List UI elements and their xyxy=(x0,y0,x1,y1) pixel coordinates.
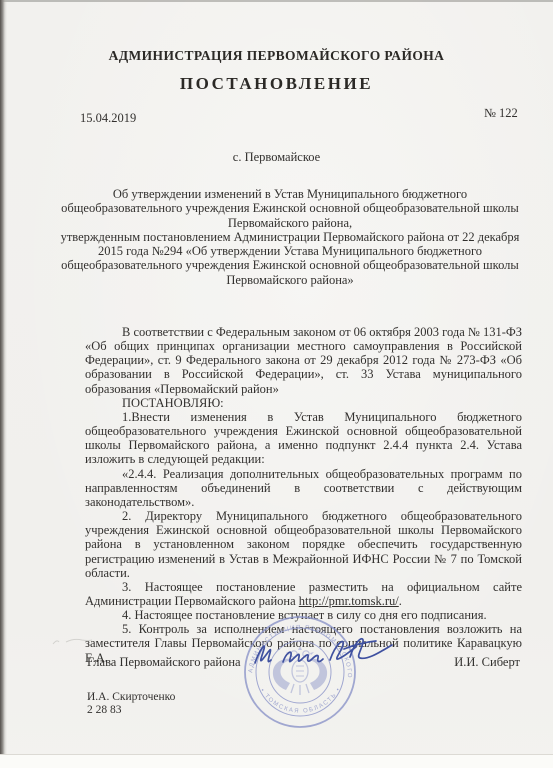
title-line: Первомайского района, xyxy=(57,216,523,230)
executor-phone: 2 28 83 xyxy=(87,704,175,717)
title-line: утвержденным постановлением Администраци… xyxy=(57,230,523,244)
resolve-heading: ПОСТАНОВЛЯЮ: xyxy=(85,396,522,410)
title-line: Первомайского района» xyxy=(57,273,523,287)
signatory-name: И.И. Сиберт xyxy=(454,655,520,670)
signature-position-label: Глава Первомайского района xyxy=(87,655,241,670)
document-date: 15.04.2019 xyxy=(80,111,136,126)
clause-2-paragraph: 2. Директору Муниципального бюджетного о… xyxy=(85,509,522,580)
document-title: Об утверждении изменений в Устав Муницип… xyxy=(57,187,523,287)
title-line: общеобразовательного учреждения Ежинской… xyxy=(57,201,523,215)
clause-1-paragraph: 1.Внести изменения в Устав Муниципальног… xyxy=(85,410,522,467)
preamble-paragraph: В соответствии с Федеральным законом от … xyxy=(85,325,522,396)
document-place: с. Первомайское xyxy=(0,150,553,165)
clause-3-period: . xyxy=(399,594,402,608)
title-line: Об утверждении изменений в Устав Муницип… xyxy=(57,187,523,201)
pencil-mark xyxy=(50,635,96,649)
scan-edge-top xyxy=(0,0,553,2)
document-type-title: ПОСТАНОВЛЕНИЕ xyxy=(0,74,553,94)
scan-edge-left xyxy=(0,0,7,754)
scanned-document-page: АДМИНИСТРАЦИЯ ПЕРВОМАЙСКОГО РАЙОНА ПОСТА… xyxy=(0,0,553,768)
clause-3-paragraph: 3. Настоящее постановление разместить на… xyxy=(85,580,522,608)
executor-block: И.А. Скирточенко 2 28 83 xyxy=(87,691,175,717)
title-line: 2015 года №294 «Об утверждении Устава Му… xyxy=(57,244,523,258)
executor-name: И.А. Скирточенко xyxy=(87,691,175,704)
title-line: общеобразовательного учреждения Ежинской… xyxy=(57,258,523,272)
site-url: http://pmr.tomsk.ru/ xyxy=(299,594,399,608)
clause-1-quote-paragraph: «2.4.4. Реализация дополнительных общеоб… xyxy=(85,467,522,509)
scan-edge-bottom xyxy=(0,754,553,768)
signature-row: Глава Первомайского района И.И. Сиберт xyxy=(87,655,520,670)
document-number: № 122 xyxy=(484,106,518,121)
organization-name: АДМИНИСТРАЦИЯ ПЕРВОМАЙСКОГО РАЙОНА xyxy=(0,48,553,64)
